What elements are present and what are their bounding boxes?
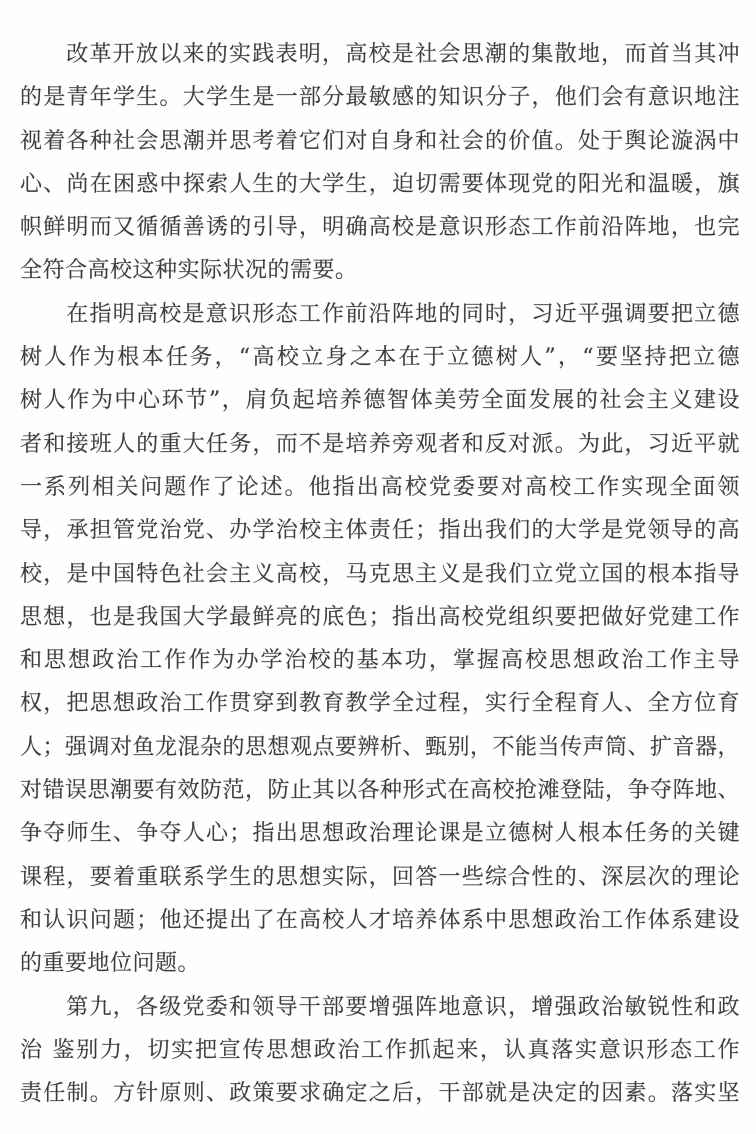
text-line: 人；强调对鱼龙混杂的思想观点要辨析、甄别，不能当传声筒、扩音器， (20, 726, 740, 769)
text-line: 和认识问题；他还提出了在高校人才培养体系中思想政治工作体系建设 (20, 899, 740, 942)
text-line: 思想，也是我国大学最鲜亮的底色；指出高校党组织要把做好党建工作 (20, 596, 740, 639)
text-line: 树人作为根本任务，“高校立身之本在于立德树人”，“要坚持把立德 (20, 336, 740, 379)
text-line: 第九，各级党委和领导干部要增强阵地意识，增强政治敏锐性和政 (20, 986, 740, 1029)
text-line: 和思想政治工作作为办学治校的基本功，掌握高校思想政治工作主导 (20, 639, 740, 682)
paragraph-2: 在指明高校是意识形态工作前沿阵地的同时，习近平强调要把立德 树人作为根本任务，“… (20, 293, 740, 986)
text-line: 心、尚在困惑中探索人生的大学生，迫切需要体现党的阳光和温暖，旗 (20, 163, 740, 206)
text-line: 帜鲜明而又循循善诱的引导，明确高校是意识形态工作前沿阵地，也完 (20, 206, 740, 249)
document-page: 改革开放以来的实践表明，高校是社会思潮的集散地，而首当其冲 的是青年学生。大学生… (0, 0, 756, 1134)
text-line: 改革开放以来的实践表明，高校是社会思潮的集散地，而首当其冲 (20, 33, 740, 76)
text-line: 的重要地位问题。 (20, 942, 740, 985)
text-line: 在指明高校是意识形态工作前沿阵地的同时，习近平强调要把立德 (20, 293, 740, 336)
text-line: 治 鉴别力，切实把宣传思想政治工作抓起来，认真落实意识形态工作 (20, 1029, 740, 1072)
text-line: 责任制。方针原则、政策要求确定之后，干部就是决定的因素。落实坚 (20, 1072, 740, 1115)
text-line: 的是青年学生。大学生是一部分最敏感的知识分子，他们会有意识地注 (20, 76, 740, 119)
text-line: 导，承担管党治党、办学治校主体责任；指出我们的大学是党领导的高 (20, 509, 740, 552)
paragraph-1: 改革开放以来的实践表明，高校是社会思潮的集散地，而首当其冲 的是青年学生。大学生… (20, 33, 740, 293)
text-line: 视着各种社会思潮并思考着它们对自身和社会的价值。处于舆论漩涡中 (20, 120, 740, 163)
text-line: 一系列相关问题作了论述。他指出高校党委要对高校工作实现全面领 (20, 466, 740, 509)
text-line: 校，是中国特色社会主义高校，马克思主义是我们立党立国的根本指导 (20, 553, 740, 596)
text-line: 争夺师生、争夺人心；指出思想政治理论课是立德树人根本任务的关键 (20, 812, 740, 855)
text-line: 权，把思想政治工作贯穿到教育教学全过程，实行全程育人、全方位育 (20, 682, 740, 725)
paragraph-3: 第九，各级党委和领导干部要增强阵地意识，增强政治敏锐性和政 治 鉴别力，切实把宣… (20, 986, 740, 1116)
text-line: 全符合高校这种实际状况的需要。 (20, 249, 740, 292)
text-line: 对错误思潮要有效防范，防止其以各种形式在高校抢滩登陆，争夺阵地、 (20, 769, 740, 812)
text-line: 课程，要着重联系学生的思想实际，回答一些综合性的、深层次的理论 (20, 856, 740, 899)
text-line: 者和接班人的重大任务，而不是培养旁观者和反对派。为此，习近平就 (20, 423, 740, 466)
text-line: 树人作为中心环节”，肩负起培养德智体美劳全面发展的社会主义建设 (20, 379, 740, 422)
